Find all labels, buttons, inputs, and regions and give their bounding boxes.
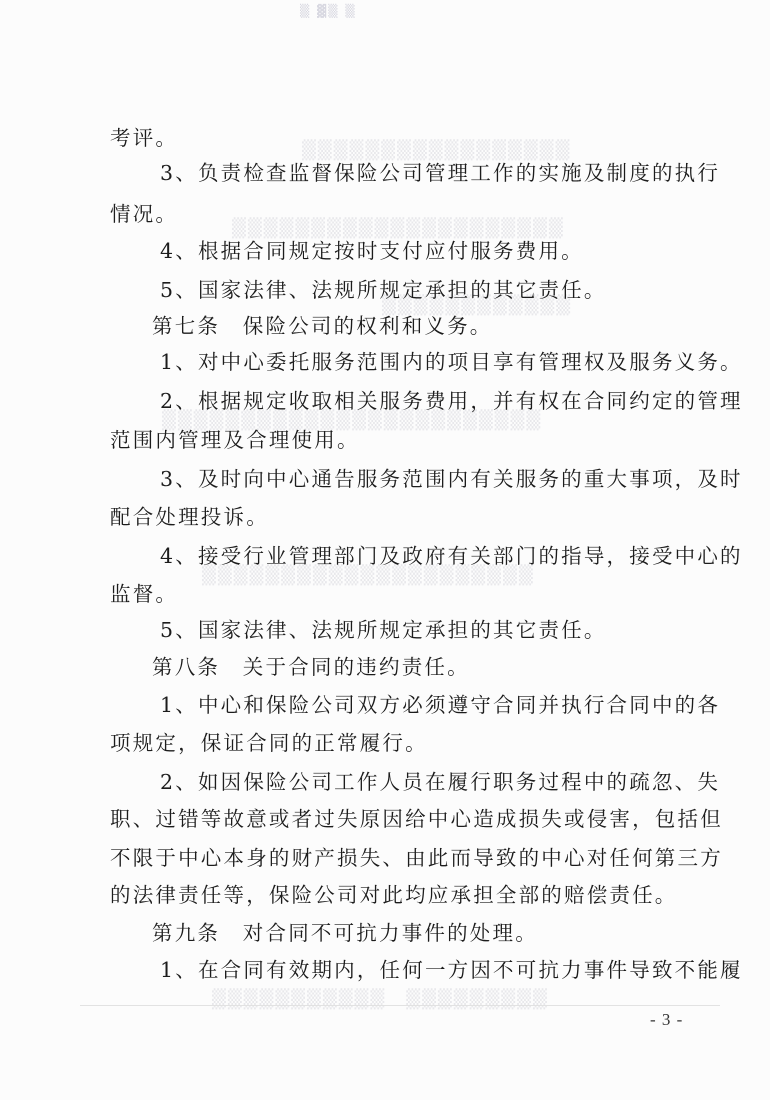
paragraph-line: 4、接受行业管理部门及政府有关部门的指导，接受中心的	[160, 546, 743, 567]
paragraph-line: 范围内管理及合理使用。	[110, 430, 360, 451]
paragraph-line: 1、在合同有效期内，任何一方因不可抗力事件导致不能履	[160, 960, 743, 981]
paragraph-line: 5、国家法律、法规所规定承担的其它责任。	[160, 280, 607, 301]
bleed-through-line: ▒▒▒▒▒▒▒▒▒▒▒▒▒▒▒▒▒▒▒▒▒	[200, 565, 533, 586]
paragraph-line: 配合处理投诉。	[110, 507, 269, 528]
paragraph-line: 4、根据合同规定按时支付应付服务费用。	[160, 241, 584, 262]
paragraph-line: 3、及时向中心通告服务范围内有关服务的重大事项，及时	[160, 469, 743, 490]
article-heading: 第八条 关于合同的违约责任。	[152, 657, 470, 678]
paragraph-line: 2、根据规定收取相关服务费用，并有权在合同约定的管理	[160, 391, 743, 412]
paragraph-line: 职、过错等故意或者过失原因给中心造成损失或侵害，包括但	[110, 809, 723, 830]
paragraph-line: 情况。	[110, 204, 178, 225]
paragraph-line: 监督。	[110, 584, 178, 605]
bleed-through-line: ▒▒▒▒▒▒▒▒▒▒▒▒▒▒▒▒▒	[300, 140, 569, 161]
bleed-through-line: ▒▒▒▒▒▒▒▒▒ ▒▒▒▒▒▒▒▒▒▒▒	[210, 985, 547, 1011]
paragraph-line: 5、国家法律、法规所规定承担的其它责任。	[160, 620, 607, 641]
bleed-through-header: ▒ ▓▒ ▒	[300, 4, 357, 18]
article-heading: 第七条 保险公司的权利和义务。	[152, 316, 493, 337]
paragraph-line: 项规定，保证合同的正常履行。	[110, 733, 428, 754]
bleed-through-line: ▒▒▒▒▒▒▒▒▒▒▒▒▒▒▒▒▒▒▒▒▒	[230, 218, 563, 239]
paragraph-line: 2、如因保险公司工作人员在履行职务过程中的疏忽、失	[160, 772, 720, 793]
article-heading: 第九条 对合同不可抗力事件的处理。	[152, 923, 538, 944]
document-page: ▒ ▓▒ ▒ ▒▒▒▒▒▒▒▒▒▒▒▒▒▒▒▒▒ ▒▒▒▒▒▒▒▒▒▒▒▒▒▒▒…	[0, 0, 770, 1100]
paragraph-line: 1、对中心委托服务范围内的项目享有管理权及服务义务。	[160, 352, 743, 373]
paragraph-line: 3、负责检查监督保险公司管理工作的实施及制度的执行	[160, 163, 720, 184]
footer-divider	[80, 1005, 720, 1006]
page-number: - 3 -	[650, 1010, 683, 1030]
paragraph-line: 不限于中心本身的财产损失、由此而导致的中心对任何第三方	[110, 848, 723, 869]
paragraph-line: 考评。	[110, 128, 178, 149]
paragraph-line: 的法律责任等，保险公司对此均应承担全部的赔偿责任。	[110, 885, 678, 906]
paragraph-line: 1、中心和保险公司双方必须遵守合同并执行合同中的各	[160, 695, 720, 716]
